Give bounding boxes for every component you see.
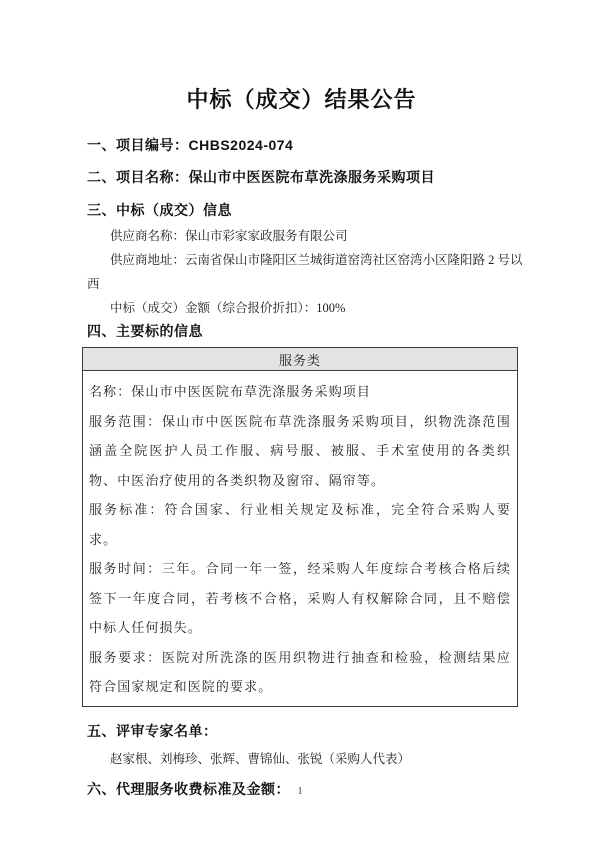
section-project-name-heading: 二、项目名称：保山市中医医院布草洗涤服务采购项目 [87,167,516,187]
supplier-name-line: 供应商名称：保山市彩家家政服务有限公司 [87,224,516,248]
document-title: 中标（成交）结果公告 [87,86,516,114]
page-number: 1 [0,784,600,798]
table-body-row: 名称：保山市中医医院布草洗涤服务采购项目 服务范围：保山市中医医院布草洗涤服务采… [83,371,518,707]
subject-info-table: 服务类 名称：保山市中医医院布草洗涤服务采购项目 服务范围：保山市中医医院布草洗… [82,347,518,707]
document-content: 中标（成交）结果公告 一、项目编号：CHBS2024-074 二、项目名称：保山… [0,0,600,799]
experts-names-line: 赵家根、刘梅珍、张辉、曹锦仙、张锐（采购人代表） [87,747,516,771]
award-amount-line: 中标（成交）金额（综合报价折扣）：100% [87,296,516,320]
table-body-cell: 名称：保山市中医医院布草洗涤服务采购项目 服务范围：保山市中医医院布草洗涤服务采… [83,371,518,707]
section-experts-heading: 五、评审专家名单： [87,721,516,741]
document-page: 中标（成交）结果公告 一、项目编号：CHBS2024-074 二、项目名称：保山… [0,0,600,849]
table-paragraph-name: 名称：保山市中医医院布草洗涤服务采购项目 [89,377,511,407]
table-header-service-category: 服务类 [83,348,518,371]
supplier-address-line-1: 供应商地址：云南省保山市隆阳区兰城街道窑湾社区窑湾小区隆阳路 2 号以 [87,248,516,272]
supplier-address-line-2: 西 [87,272,516,296]
table-header-row: 服务类 [83,348,518,371]
table-paragraph-service-standard: 服务标准：符合国家、行业相关规定及标准，完全符合采购人要求。 [89,495,511,554]
table-paragraph-service-requirement: 服务要求：医院对所洗涤的医用织物进行抽查和检验，检测结果应符合国家规定和医院的要… [89,643,511,702]
table-paragraph-service-scope: 服务范围：保山市中医医院布草洗涤服务采购项目，织物洗涤范围涵盖全院医护人员工作服… [89,407,511,496]
table-paragraph-service-time: 服务时间：三年。合同一年一签，经采购人年度综合考核合格后续签下一年度合同，若考核… [89,554,511,643]
section-subject-info-heading: 四、主要标的信息 [87,321,516,341]
section-project-number-heading: 一、项目编号：CHBS2024-074 [87,135,516,155]
section-award-info-heading: 三、中标（成交）信息 [87,200,516,220]
